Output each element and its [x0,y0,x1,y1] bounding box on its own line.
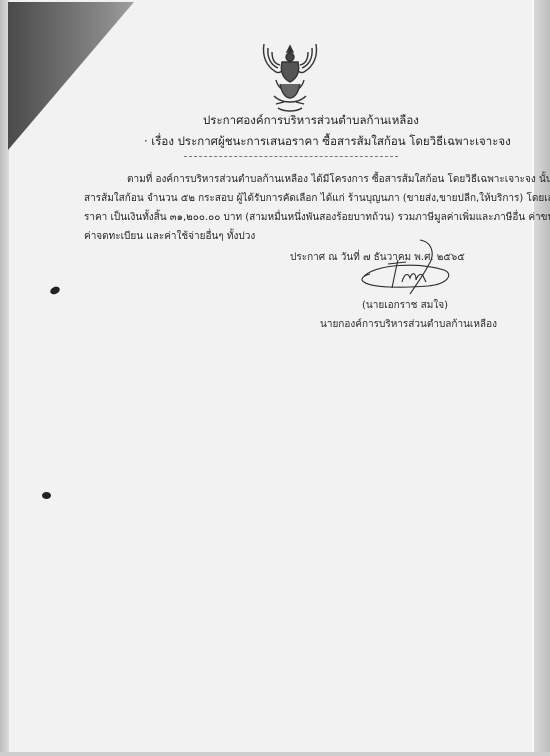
subject-heading: · เรื่อง ประกาศผู้ชนะการเสนอราคา ซื้อสาร… [144,133,511,151]
issuer-heading: ประกาศองค์การบริหารส่วนตำบลก้านเหลือง [203,112,419,130]
scan-right-edge [534,0,550,756]
body-line-4: ค่าจดทะเบียน และค่าใช้จ่ายอื่นๆ ทั้งปวง [84,229,255,244]
scan-right-edge-highlight [532,0,534,756]
body-line-2: สารส้มใสก้อน จำนวน ๕๒ กระสอบ ผู้ได้รับกา… [84,191,550,206]
signer-name: (นายเอกราช สมใจ) [362,298,448,313]
garuda-emblem-icon [256,40,324,114]
scan-left-edge [0,0,9,756]
body-line-3: ราคา เป็นเงินทั้งสิ้น ๓๑,๒๐๐.๐๐ บาท (สาม… [84,210,550,225]
dashed-divider [184,156,398,157]
punch-hole-mark [42,492,51,499]
body-line-1: ตามที่ องค์การบริหารส่วนตำบลก้านเหลือง ไ… [127,172,550,187]
signer-title: นายกองค์การบริหารส่วนตำบลก้านเหลือง [320,317,497,332]
handwritten-signature-icon [358,238,458,300]
scan-bottom-edge [0,752,550,756]
